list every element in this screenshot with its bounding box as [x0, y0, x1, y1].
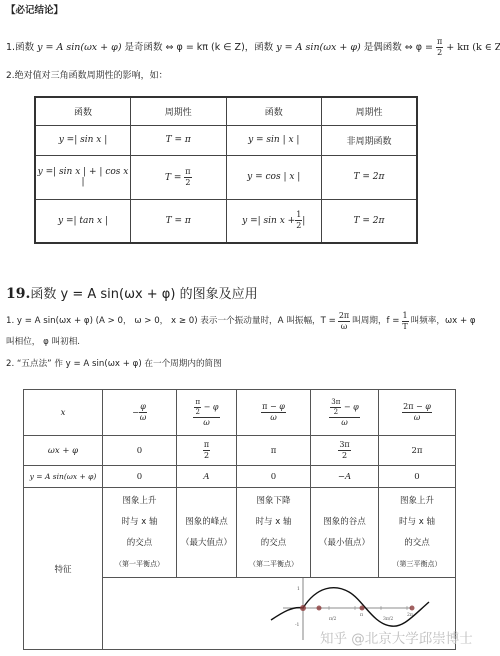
feature-peak: 图象的峰点（最大值点） — [177, 488, 237, 578]
cell-function: y =| sin x +12| — [226, 199, 322, 243]
x-value: π2 − φω — [177, 390, 237, 436]
conclusion-1-prefix: 1.函数 — [6, 43, 34, 53]
formula-b: y = A sin(ωx + φ) — [276, 43, 360, 53]
period-table-header: 函数 周期性 函数 周期性 — [35, 97, 417, 125]
header-function: 函数 — [35, 97, 131, 125]
cell-period: T = π — [166, 216, 191, 226]
y-value: 0 — [379, 466, 456, 488]
paragraph-1-end: 叫频率，ωx + φ — [411, 317, 476, 326]
y-value: 0 — [237, 466, 311, 488]
watermark: 知乎 @北京大学邱崇博士 — [320, 627, 473, 647]
section-title-text: 函数 y = A sin(ωx + φ) 的图象及应用 — [30, 287, 257, 302]
row-label-phase: ωx + φ — [24, 436, 103, 466]
header-function: 函数 — [226, 97, 322, 125]
x-value: π − φω — [237, 390, 311, 436]
period-fraction: 2πω — [338, 312, 350, 331]
cell-function: y =| tan x | — [58, 216, 108, 226]
svg-text:π: π — [360, 613, 363, 618]
pi-over-2-fraction: π 2 — [436, 38, 443, 57]
paragraph-1-mid: 叫周期，f = — [352, 317, 399, 326]
cell-function: y = sin | x | — [248, 135, 299, 145]
row-y: y = A sin(ωx + φ) 0 A 0 −A 0 — [24, 466, 456, 488]
section-19-title: 19.函数 y = A sin(ωx + φ) 的图象及应用 — [6, 283, 258, 302]
y-value: A — [177, 466, 237, 488]
cell-period: T = π — [166, 135, 191, 145]
feature-second-balance: 图象下降时与 x 轴的交点（第二平衡点） — [237, 488, 311, 578]
frequency-fraction: 1T — [402, 312, 409, 331]
row-label-feature: 特征 — [24, 488, 103, 650]
x-value: 3π2 − φω — [311, 390, 379, 436]
feature-third-balance: 图象上升时与 x 轴的交点（第三平衡点） — [379, 488, 456, 578]
paragraph-2: 2. “五点法” 作 y = A sin(ωx + φ) 在一个周期内的简图 — [6, 360, 222, 369]
phase-value: π — [237, 436, 311, 466]
row-features: 特征 图象上升时与 x 轴的交点（第一平衡点） 图象的峰点（最大值点） 图象下降… — [24, 488, 456, 578]
row-label-x: x — [24, 390, 103, 436]
five-point-table: x −φω π2 − φω π − φω 3π2 − φω 2π − φω ωx… — [23, 389, 456, 650]
paragraph-1-text: 1. y = A sin(ωx + φ) (A > 0， ω > 0， x ≥ … — [6, 317, 336, 326]
svg-text:3π/2: 3π/2 — [383, 616, 393, 622]
even-suffix: + kπ (k ∈ Z) — [446, 43, 500, 53]
x-value: 2π − φω — [379, 390, 456, 436]
cell-period: 非周期函数 — [322, 125, 418, 155]
phase-value: 0 — [103, 436, 177, 466]
header-period: 周期性 — [131, 97, 227, 125]
y-value: −A — [311, 466, 379, 488]
cell-period: T = 2π — [354, 172, 385, 182]
formula-a: y = A sin(ωx + φ) — [37, 43, 121, 53]
cell-function: y =| sin x | + | cos x | — [38, 167, 129, 187]
section-number: 19. — [6, 286, 30, 302]
row-x: x −φω π2 − φω π − φω 3π2 − φω 2π − φω — [24, 390, 456, 436]
odd-condition: 是奇函数 ⇔ φ = kπ (k ∈ Z)，函数 — [125, 43, 274, 53]
svg-text:-1: -1 — [295, 622, 300, 628]
svg-text:2π: 2π — [407, 612, 413, 618]
section-header: 【必记结论】 — [6, 6, 63, 16]
cell-function: y =| sin x | — [59, 135, 108, 145]
table-row: y =| tan x | T = π y =| sin x +12| T = 2… — [35, 199, 417, 243]
cell-function: y = cos | x | — [247, 172, 300, 182]
feature-trough: 图象的谷点（最小值点） — [311, 488, 379, 578]
cell-period: T = 2π — [354, 216, 385, 226]
phase-value: π2 — [177, 436, 237, 466]
phase-value: 3π2 — [311, 436, 379, 466]
table-row: y =| sin x | + | cos x | T = π2 y = cos … — [35, 155, 417, 199]
phase-value: 2π — [379, 436, 456, 466]
conclusion-1: 1.函数 y = A sin(ωx + φ) 是奇函数 ⇔ φ = kπ (k … — [6, 38, 500, 57]
row-label-y: y = A sin(ωx + φ) — [24, 466, 103, 488]
conclusion-2: 2.绝对值对三角函数周期性的影响，如： — [6, 72, 168, 81]
header-period: 周期性 — [322, 97, 418, 125]
even-condition: 是偶函数 ⇔ φ = — [364, 43, 433, 53]
x-value: −φω — [103, 390, 177, 436]
row-phase: ωx + φ 0 π2 π 3π2 2π — [24, 436, 456, 466]
cell-period: T = π2 — [131, 155, 227, 199]
feature-first-balance: 图象上升时与 x 轴的交点（第一平衡点） — [103, 488, 177, 578]
y-value: 0 — [103, 466, 177, 488]
svg-text:1: 1 — [297, 586, 300, 592]
svg-text:π/2: π/2 — [329, 616, 336, 622]
table-row: y =| sin x | T = π y = sin | x | 非周期函数 — [35, 125, 417, 155]
paragraph-1: 1. y = A sin(ωx + φ) (A > 0， ω > 0， x ≥ … — [6, 312, 476, 331]
paragraph-1-line-2: 叫相位， φ 叫初相. — [6, 338, 80, 347]
period-table: 函数 周期性 函数 周期性 y =| sin x | T = π y = sin… — [34, 96, 418, 244]
